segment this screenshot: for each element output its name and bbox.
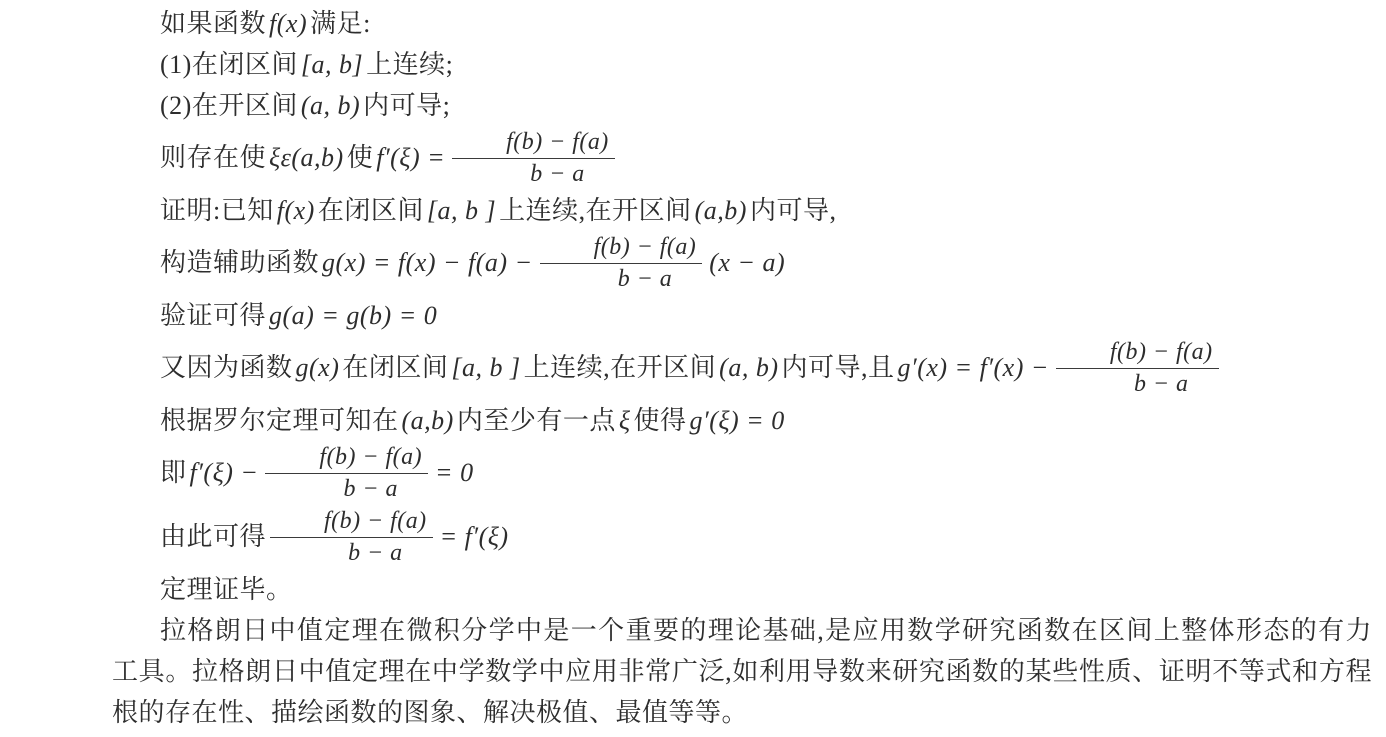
line-conclusion: 则存在使ξε(a,b)使f′(ξ) =f(b) − f(a)b − a xyxy=(112,126,1372,190)
fraction: f(b) − f(a)b − a xyxy=(270,507,433,566)
fraction-denominator: b − a xyxy=(265,474,428,503)
text-segment: 由此可得 xyxy=(160,522,266,551)
text-segment: 验证可得 xyxy=(160,301,266,330)
text-segment: 如果函数 xyxy=(160,9,266,38)
line-remark-2: 工具。拉格朗日中值定理在中学数学中应用非常广泛,如利用导数来研究函数的某些性质、… xyxy=(112,651,1372,692)
text-segment: 内至少有一点 xyxy=(457,406,616,435)
text-segment: 拉格朗日中值定理在微积分学中是一个重要的理论基础,是应用数学研究函数在区间上整体… xyxy=(160,616,1372,645)
math-segment: g(x) xyxy=(296,353,340,382)
line-substitute: 即f′(ξ) −f(b) − f(a)b − a= 0 xyxy=(112,441,1372,505)
fraction: f(b) − f(a)b − a xyxy=(540,233,703,292)
text-segment: 内可导, xyxy=(750,196,837,225)
text-segment: (1)在闭区间 xyxy=(160,50,298,79)
math-segment: [a, b] xyxy=(301,50,363,79)
line-g-properties: 又因为函数g(x)在闭区间[a, b ]上连续,在开区间(a, b)内可导,且g… xyxy=(112,336,1372,400)
math-segment: (a, b) xyxy=(719,353,778,382)
fraction: f(b) − f(a)b − a xyxy=(452,128,615,187)
fraction-numerator: f(b) − f(a) xyxy=(1056,338,1219,368)
fraction-numerator: f(b) − f(a) xyxy=(270,507,433,537)
text-segment: 在闭区间 xyxy=(318,196,424,225)
math-segment: (a, b) xyxy=(301,91,360,120)
line-condition-1: (1)在闭区间[a, b]上连续; xyxy=(112,44,1372,85)
math-segment: = f′(ξ) xyxy=(440,522,509,551)
line-qed: 定理证毕。 xyxy=(112,569,1372,610)
math-segment: g′(ξ) = 0 xyxy=(690,406,785,435)
text-segment: 工具。拉格朗日中值定理在中学数学中应用非常广泛,如利用导数来研究函数的某些性质、… xyxy=(112,657,1372,686)
line-remark-3: 根的存在性、描绘函数的图象、解决极值、最值等等。 xyxy=(112,692,1372,733)
fraction-numerator: f(b) − f(a) xyxy=(265,443,428,473)
text-segment: 根据罗尔定理可知在 xyxy=(160,406,399,435)
math-segment: f′(ξ) = xyxy=(376,143,445,172)
line-remark-1: 拉格朗日中值定理在微积分学中是一个重要的理论基础,是应用数学研究函数在区间上整体… xyxy=(112,610,1372,651)
text-segment: 上连续,在开区间 xyxy=(524,353,717,382)
math-segment: = 0 xyxy=(435,458,474,487)
text-segment: 根的存在性、描绘函数的图象、解决极值、最值等等。 xyxy=(112,698,748,727)
math-segment: ξε(a,b) xyxy=(269,143,344,172)
line-rolle: 根据罗尔定理可知在(a,b)内至少有一点ξ使得g′(ξ) = 0 xyxy=(112,400,1372,441)
math-segment: g′(x) = f′(x) − xyxy=(898,353,1049,382)
text-segment: 在闭区间 xyxy=(342,353,448,382)
fraction-numerator: f(b) − f(a) xyxy=(540,233,703,263)
text-segment: 证明:已知 xyxy=(160,196,274,225)
text-segment: 满足: xyxy=(310,9,371,38)
text-segment: 又因为函数 xyxy=(160,353,293,382)
math-segment: (a,b) xyxy=(695,196,747,225)
math-segment: g(a) = g(b) = 0 xyxy=(269,301,437,330)
fraction: f(b) − f(a)b − a xyxy=(265,443,428,502)
text-segment: 内可导; xyxy=(363,91,450,120)
line-intro: 如果函数f(x)满足: xyxy=(112,3,1372,44)
line-result: 由此可得f(b) − f(a)b − a= f′(ξ) xyxy=(112,505,1372,569)
math-segment: (x − a) xyxy=(709,248,785,277)
line-verify: 验证可得g(a) = g(b) = 0 xyxy=(112,295,1372,336)
math-segment: f′(ξ) − xyxy=(190,458,259,487)
text-segment: (2)在开区间 xyxy=(160,91,298,120)
text-segment: 则存在使 xyxy=(160,143,266,172)
text-segment: 使 xyxy=(347,143,374,172)
math-segment: g(x) = f(x) − f(a) − xyxy=(322,248,533,277)
text-segment: 上连续,在开区间 xyxy=(499,196,692,225)
line-condition-2: (2)在开区间(a, b)内可导; xyxy=(112,85,1372,126)
math-segment: f(x) xyxy=(277,196,315,225)
document-body: 如果函数f(x)满足:(1)在闭区间[a, b]上连续;(2)在开区间(a, b… xyxy=(112,3,1372,733)
fraction: f(b) − f(a)b − a xyxy=(1056,338,1219,397)
math-segment: ξ xyxy=(619,406,631,435)
text-segment: 内可导,且 xyxy=(781,353,894,382)
math-segment: f(x) xyxy=(269,9,307,38)
math-segment: [a, b ] xyxy=(427,196,496,225)
math-segment: (a,b) xyxy=(402,406,454,435)
fraction-denominator: b − a xyxy=(270,538,433,567)
fraction-numerator: f(b) − f(a) xyxy=(452,128,615,158)
text-segment: 定理证毕。 xyxy=(160,575,293,604)
text-segment: 使得 xyxy=(634,406,687,435)
text-segment: 上连续; xyxy=(366,50,453,79)
line-auxiliary-function: 构造辅助函数g(x) = f(x) − f(a) −f(b) − f(a)b −… xyxy=(112,231,1372,295)
fraction-denominator: b − a xyxy=(1056,369,1219,398)
text-segment: 构造辅助函数 xyxy=(160,248,319,277)
line-proof-start: 证明:已知f(x)在闭区间[a, b ]上连续,在开区间(a,b)内可导, xyxy=(112,190,1372,231)
document-page: 如果函数f(x)满足:(1)在闭区间[a, b]上连续;(2)在开区间(a, b… xyxy=(0,0,1386,737)
fraction-denominator: b − a xyxy=(452,159,615,188)
text-segment: 即 xyxy=(160,458,187,487)
fraction-denominator: b − a xyxy=(540,264,703,293)
math-segment: [a, b ] xyxy=(451,353,520,382)
